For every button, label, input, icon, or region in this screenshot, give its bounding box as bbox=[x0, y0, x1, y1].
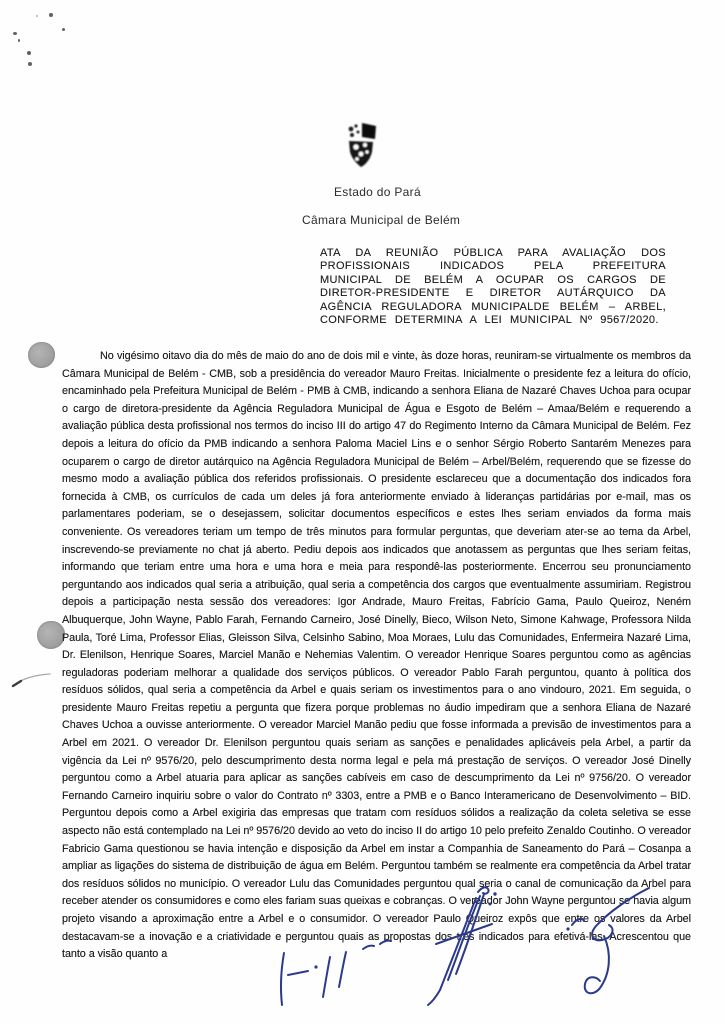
ink-speck bbox=[13, 32, 17, 35]
scanned-document-page: Estado do Pará Câmara Municipal de Belém… bbox=[0, 0, 725, 1024]
hole-punch bbox=[28, 342, 55, 368]
ink-speck bbox=[28, 62, 32, 66]
document-body: No vigésimo oitavo dia do mês de maio do… bbox=[62, 348, 691, 964]
signature-right-icon bbox=[553, 880, 673, 1015]
ink-speck bbox=[18, 39, 20, 42]
ink-speck bbox=[49, 13, 53, 17]
ink-speck bbox=[36, 15, 38, 17]
hole-punch bbox=[37, 621, 65, 649]
document-title: ATA DA REUNIÃO PÚBLICA PARA AVALIAÇÃO DO… bbox=[320, 247, 666, 327]
header-institution: Câmara Municipal de Belém bbox=[302, 213, 460, 227]
coat-of-arms-icon bbox=[343, 121, 379, 169]
ink-speck bbox=[62, 28, 65, 31]
ink-speck bbox=[27, 51, 31, 55]
signature-middle-icon bbox=[418, 882, 533, 1012]
pencil-mark bbox=[8, 665, 58, 705]
header-state: Estado do Pará bbox=[334, 185, 421, 199]
signature-left-icon bbox=[268, 935, 408, 1015]
